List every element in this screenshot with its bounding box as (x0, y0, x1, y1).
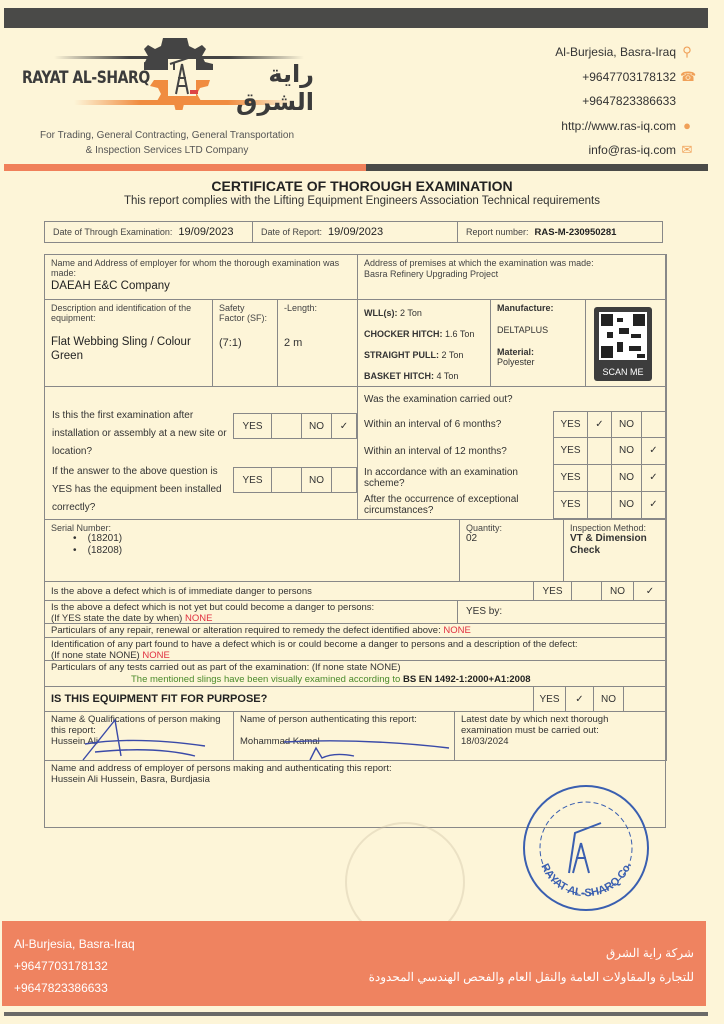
header-top-bar (4, 8, 708, 28)
interval-6-question: Within an interval of 6 months? (364, 419, 501, 430)
equipment-desc-label: Description and identification of the eq… (51, 303, 206, 323)
examination-form: Name and Address of employer for whom th… (44, 254, 666, 828)
inspection-method-cell: Inspection Method: VT & Dimension Check (563, 519, 667, 582)
manufacture-value: DELTAPLUS (497, 325, 579, 335)
footer-arabic-tagline: للتجارة والمقاولات العامة والنقل العام و… (369, 965, 694, 989)
basket-row: BASKET HITCH: 4 Ton (364, 366, 484, 387)
persons-employer-value: Hussein Ali Hussein, Basra, Burdjasia (51, 774, 392, 785)
inspection-method-value: VT & Dimension Check (570, 533, 660, 557)
scheme-question: In accordance with an examination scheme… (364, 467, 544, 489)
company-name-ar: راية الشرق (210, 60, 314, 116)
tests-answer: The mentioned slings have been visually … (51, 674, 660, 686)
no-label: NO (302, 414, 332, 438)
report-date-cell: Date of Report:19/09/2023 (253, 222, 458, 242)
fit-for-purpose-row: IS THIS EQUIPMENT FIT FOR PURPOSE? YES ✓… (44, 686, 667, 712)
choker-row: CHOCKER HITCH: 1.6 Ton (364, 324, 484, 345)
serial-cell: Serial Number: • (18201) • (18208) (44, 519, 460, 582)
wll-label: WLL(s): (364, 308, 398, 318)
serial-value: (18208) (88, 545, 122, 556)
interval-12-yes-no: YES NO ✓ (553, 437, 666, 465)
authenticator-label: Name of person authenticating this repor… (240, 714, 448, 725)
qr-code[interactable]: SCAN ME (594, 307, 652, 381)
contact-phone-2[interactable]: +9647823386633● (555, 89, 694, 114)
next-exam-label: Latest date by which next thorough exami… (461, 714, 660, 736)
exam-date-value: 19/09/2023 (178, 226, 233, 238)
contact-phone-1[interactable]: +9647703178132☎ (555, 65, 694, 90)
next-exam-cell: Latest date by which next thorough exami… (454, 711, 667, 761)
no-checkbox[interactable] (642, 412, 665, 437)
no-checkbox[interactable]: ✓ (332, 414, 356, 438)
manufacture-cell: Manufacture: DELTAPLUS Material: Polyest… (490, 299, 586, 387)
contact-address: Al-Burjesia, Basra-Iraq⚲ (555, 40, 694, 65)
yes-checkbox[interactable]: ✓ (566, 686, 594, 712)
footer-bottom-bar (4, 1012, 708, 1016)
contact-website[interactable]: http://www.ras-iq.com● (555, 114, 694, 139)
yes-label: YES (554, 464, 588, 491)
yes-checkbox[interactable]: ✓ (588, 412, 612, 437)
qr-code-pattern (599, 312, 647, 360)
no-label: NO (594, 686, 624, 712)
signature-icon (75, 716, 215, 762)
no-checkbox[interactable] (624, 686, 666, 712)
footer-arabic: شركة راية الشرق للتجارة والمقاولات العام… (369, 941, 694, 989)
authenticator-cell: Name of person authenticating this repor… (233, 711, 455, 761)
yes-checkbox[interactable] (572, 581, 602, 601)
tests-standard: BS EN 1492-1:2000+A1:2008 (403, 674, 531, 685)
inspection-method-label: Inspection Method: (570, 523, 660, 533)
carried-out-heading: Was the examination carried out? (364, 394, 513, 405)
immediate-danger-row: Is the above a defect which is of immedi… (44, 581, 667, 601)
basket-value: 4 Ton (437, 371, 459, 381)
length-label: -Length: (284, 303, 351, 313)
yes-by-cell: YES by: (457, 600, 667, 624)
logo-line (54, 56, 304, 59)
footer-contacts: Al-Burjesia, Basra-Iraq +9647703178132 +… (14, 933, 135, 999)
contact-list: Al-Burjesia, Basra-Iraq⚲ +9647703178132☎… (555, 40, 694, 163)
persons-employer-block: Name and address of employer of persons … (51, 763, 392, 785)
no-label: NO (612, 437, 642, 464)
serial-item: • (18208) (73, 545, 453, 557)
interval-12-question: Within an interval of 12 months? (364, 446, 507, 457)
report-date-value: 19/09/2023 (328, 226, 383, 238)
identification-question: Identification of any part found to have… (51, 639, 660, 650)
straight-value: 2 Ton (442, 350, 464, 360)
repair-question: Particulars of any repair, renewal or al… (51, 625, 441, 636)
tagline-line: For Trading, General Contracting, Genera… (22, 128, 312, 143)
footer-bar: Al-Burjesia, Basra-Iraq +9647703178132 +… (2, 921, 706, 1006)
immediate-danger-yes-no: YES NO ✓ (533, 581, 667, 601)
gear-logo-icon (144, 34, 220, 110)
report-number-label: Report number: (466, 227, 529, 237)
footer-phone-1[interactable]: +9647703178132 (14, 955, 135, 977)
footer-phone-2[interactable]: +9647823386633 (14, 977, 135, 999)
tests-question: Particulars of any tests carried out as … (51, 662, 660, 674)
location-pin-icon: ⚲ (680, 45, 694, 59)
installed-yes-no: YES NO (233, 467, 357, 493)
no-checkbox[interactable] (332, 468, 356, 492)
tagline-line: & Inspection Services LTD Company (22, 143, 312, 158)
material-value: Polyester (497, 357, 579, 367)
no-label: NO (302, 468, 332, 492)
future-danger-cell: Is the above a defect which is not yet b… (44, 600, 458, 624)
exam-date-label: Date of Through Examination: (53, 227, 172, 237)
certificate-subtitle: This report complies with the Lifting Eq… (0, 195, 724, 207)
straight-row: STRAIGHT PULL: 2 Ton (364, 345, 484, 366)
yes-label: YES (534, 581, 572, 601)
installed-question: If the answer to the above question is Y… (52, 463, 227, 517)
premises-label: Address of premises at which the examina… (364, 258, 660, 268)
no-label: NO (602, 581, 634, 601)
equipment-desc-cell: Description and identification of the eq… (44, 299, 213, 387)
material-label: Material: (497, 347, 579, 357)
contact-email[interactable]: info@ras-iq.com✉ (555, 138, 694, 163)
tests-value: The mentioned slings have been visually … (131, 674, 400, 685)
report-number-cell: Report number:RAS-M-230950281 (458, 222, 662, 242)
wll-cell: WLL(s): 2 Ton CHOCKER HITCH: 1.6 Ton STR… (357, 299, 491, 387)
wll-value: 2 Ton (400, 308, 422, 318)
yes-by-label: YES by: (466, 606, 502, 617)
employer-cell: Name and Address of employer for whom th… (44, 254, 358, 300)
yes-checkbox[interactable] (588, 464, 612, 491)
manufacture-label: Manufacture: (497, 303, 579, 313)
no-label: NO (612, 491, 642, 518)
identification-row: Identification of any part found to have… (44, 637, 667, 661)
exceptional-question: After the occurrence of exceptional circ… (364, 494, 544, 516)
date-row: Date of Through Examination:19/09/2023 D… (44, 221, 663, 243)
employer-label: Name and Address of employer for whom th… (51, 258, 351, 278)
contact-text: http://www.ras-iq.com (561, 114, 676, 139)
basket-label: BASKET HITCH: (364, 371, 434, 381)
divider-dark (366, 164, 708, 171)
company-name-en: RAYAT AL-SHARQ (22, 68, 150, 88)
persons-employer-label: Name and address of employer of persons … (51, 763, 392, 774)
choker-label: CHOCKER HITCH: (364, 329, 443, 339)
envelope-icon: ✉ (680, 143, 694, 157)
interval-6-yes-no: YES ✓ NO (553, 411, 666, 438)
premises-value: Basra Refinery Upgrading Project (364, 269, 660, 279)
safety-factor-label: Safety Factor (SF): (219, 303, 271, 323)
yes-checkbox[interactable] (588, 491, 612, 518)
globe-icon: ● (680, 119, 694, 133)
no-checkbox[interactable]: ✓ (634, 581, 666, 601)
qr-scan-label: SCAN ME (594, 367, 652, 377)
contact-text: info@ras-iq.com (588, 138, 676, 163)
company-tagline: For Trading, General Contracting, Genera… (22, 128, 312, 158)
yes-label: YES (554, 491, 588, 518)
repair-row: Particulars of any repair, renewal or al… (44, 623, 667, 638)
first-exam-cell: Is this the first examination after inst… (44, 386, 358, 520)
wll-row: WLL(s): 2 Ton (364, 303, 484, 324)
certificate-title: CERTIFICATE OF THOROUGH EXAMINATION (0, 178, 724, 194)
no-checkbox[interactable]: ✓ (642, 437, 665, 464)
serial-label: Serial Number: (51, 523, 453, 533)
exam-date-cell: Date of Through Examination:19/09/2023 (45, 222, 253, 242)
signature-icon (274, 734, 454, 762)
first-exam-question: Is this the first examination after inst… (52, 407, 227, 461)
yes-label: YES (234, 468, 272, 492)
no-checkbox[interactable]: ✓ (642, 491, 665, 518)
serial-item: • (18201) (73, 533, 453, 545)
report-maker-cell: Name & Qualifications of person making t… (44, 711, 234, 761)
fit-for-purpose-yes-no: YES ✓ NO (533, 686, 667, 712)
first-exam-yes-no: YES NO ✓ (233, 413, 357, 439)
quantity-value: 02 (466, 533, 557, 544)
equipment-desc-value: Flat Webbing Sling / Colour Green (51, 335, 206, 363)
footer-arabic-name: شركة راية الشرق (369, 941, 694, 965)
quantity-label: Quantity: (466, 523, 557, 533)
safety-factor-value: (7:1) (219, 337, 271, 349)
report-number-value: RAS-M-230950281 (535, 227, 617, 238)
future-danger-question: Is the above a defect which is not yet b… (51, 602, 451, 613)
yes-label: YES (554, 437, 588, 464)
contact-text: +9647823386633 (582, 89, 676, 114)
serial-value: (18201) (88, 533, 122, 544)
fit-for-purpose-question: IS THIS EQUIPMENT FIT FOR PURPOSE? (51, 693, 267, 705)
straight-label: STRAIGHT PULL: (364, 350, 439, 360)
contact-text: +9647703178132 (582, 65, 676, 90)
contact-text: Al-Burjesia, Basra-Iraq (555, 40, 676, 65)
length-value: 2 m (284, 337, 351, 349)
immediate-danger-question: Is the above a defect which is of immedi… (51, 586, 312, 597)
no-label: NO (612, 412, 642, 437)
choker-value: 1.6 Ton (445, 329, 474, 339)
no-checkbox[interactable]: ✓ (642, 464, 665, 491)
quantity-cell: Quantity: 02 (459, 519, 564, 582)
premises-cell: Address of premises at which the examina… (357, 254, 667, 300)
safety-factor-cell: Safety Factor (SF): (7:1) (212, 299, 278, 387)
report-date-label: Date of Report: (261, 227, 322, 237)
phone-icon: ☎ (680, 70, 694, 84)
divider-orange (4, 164, 366, 171)
no-label: NO (612, 464, 642, 491)
yes-label: YES (554, 412, 588, 437)
yes-checkbox[interactable] (588, 437, 612, 464)
exceptional-yes-no: YES NO ✓ (553, 491, 666, 519)
certificate-page: RAYAT AL-SHARQ راية الشرق For Trading, G… (0, 0, 724, 1024)
footer-address: Al-Burjesia, Basra-Iraq (14, 933, 135, 955)
yes-checkbox[interactable] (272, 468, 302, 492)
yes-checkbox[interactable] (272, 414, 302, 438)
scheme-yes-no: YES NO ✓ (553, 464, 666, 492)
length-cell: -Length: 2 m (277, 299, 358, 387)
next-exam-date: 18/03/2024 (461, 736, 660, 747)
carried-out-cell: Was the examination carried out? Within … (357, 386, 667, 520)
employer-value: DAEAH E&C Company (51, 280, 351, 292)
repair-value: NONE (443, 625, 470, 636)
serial-list: • (18201) • (18208) (73, 533, 453, 557)
company-stamp-icon: RAYAT AL-SHARQ Co. (521, 783, 651, 913)
tests-row: Particulars of any tests carried out as … (44, 660, 667, 687)
header-divider (4, 164, 708, 171)
yes-label: YES (534, 686, 566, 712)
yes-label: YES (234, 414, 272, 438)
